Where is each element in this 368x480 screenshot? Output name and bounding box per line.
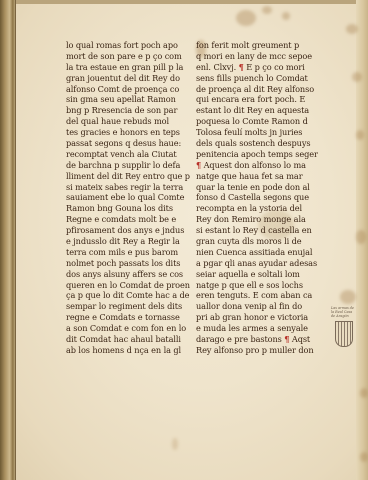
text-line: bng p Rresencia de son par [66, 105, 208, 116]
foxing-stain [282, 12, 290, 20]
text-line: q mori en lany de mcc sepoe [196, 51, 336, 62]
text-line: nolmet poch passats los dits [66, 258, 208, 269]
text-line: Rey alfonso pro p muller don [196, 345, 336, 356]
right-text-column: fon ferit molt greument p q mori en lany… [196, 40, 336, 356]
text-line: fon ferit molt greument p [196, 40, 336, 51]
text-line: passat segons q desus haue: [66, 138, 208, 149]
text-line: queren en lo Comdat de proen [66, 280, 208, 291]
text-line: dit Comdat hac ahaul batalli [66, 334, 208, 345]
text-line: sempar lo regiment dels dits [66, 301, 208, 312]
text-line: sin gma seu apellat Ramon [66, 94, 208, 105]
annotation-caption: Las armas de la Real Casa de Aragón [331, 306, 357, 318]
text-line: recomptat vench ala Ciutat [66, 149, 208, 160]
foxing-stain [360, 452, 368, 462]
text-line: Ramon bng Gouna los dits [66, 203, 208, 214]
text-line: a pgar qli anas ayudar adesas [196, 258, 336, 269]
text-line: de barchna p supplir lo defa [66, 160, 208, 171]
book-gutter [0, 0, 16, 480]
text-line: penitencia apoch temps seger [196, 149, 336, 160]
text-line: mort de son pare e p ço com [66, 51, 208, 62]
text-line: regne e Comdats e tornasse [66, 312, 208, 323]
text-line: si estant lo Rey d castella en [196, 225, 336, 236]
foxing-stain [340, 290, 356, 304]
rubric-pilcrow: ¶ [239, 62, 244, 72]
foxing-stain [262, 6, 272, 14]
text-line: Tolosa feulí molts jn juries [196, 127, 336, 138]
text-line: quar la tenie en pode don al [196, 182, 336, 193]
text-line: de proença al dit Rey alfonso [196, 84, 336, 95]
aragon-shield-icon [335, 321, 353, 347]
text-line: sens fills puench lo Comdat [196, 73, 336, 84]
text-line: poquesa lo Comte Ramon d [196, 116, 336, 127]
text-line: ça p que lo dit Comte hac a de [66, 290, 208, 301]
text-line: seiar aquella e soltali lom [196, 269, 336, 280]
text-line: ab los homens d nça en la gl [66, 345, 208, 356]
text-line: lliment del dit Rey entro que p [66, 171, 208, 182]
text-line: uallor dona venip al fin do [196, 301, 336, 312]
rubric-pilcrow: ¶ [196, 160, 201, 170]
foxing-stain [356, 230, 366, 244]
text-line-with-rubric: darago e pre bastons ¶ Aqst [196, 334, 336, 345]
text-line: lo qual romas fort poch apo [66, 40, 208, 51]
text-line-with-rubric: enl. Clxvj. ¶ E p ço co mori [196, 62, 336, 73]
text-line: nien Cuenca assitiada enujal [196, 247, 336, 258]
foxing-stain [360, 388, 368, 398]
text-line: gran jouentut del dit Rey do [66, 73, 208, 84]
foxing-stain [236, 10, 256, 26]
text-line: pri ab gran honor e victoria [196, 312, 336, 323]
text-line: fonso d Castella segons que [196, 192, 336, 203]
foxing-stain [356, 130, 364, 140]
text-line: e jndusslo dit Rey a Regir la [66, 236, 208, 247]
manuscript-page: lo qual romas fort poch apo mort de son … [0, 0, 368, 480]
gutter-fold-line [15, 0, 16, 480]
text-line: sauiament ebe lo qual Comte [66, 192, 208, 203]
text-line: terra com mils e pus barom [66, 247, 208, 258]
text-line: Regne e comdats molt be e [66, 214, 208, 225]
text-line: estant lo dit Rey en aquesta [196, 105, 336, 116]
text-line: a son Comdat e com fon en lo [66, 323, 208, 334]
text-line: si mateix sabes regir la terra [66, 182, 208, 193]
text-line: la tra estaue en gran pill p la [66, 62, 208, 73]
text-line: dels quals sostench despuys [196, 138, 336, 149]
foxing-stain [172, 438, 178, 450]
text-line: natge que haua fet sa mar [196, 171, 336, 182]
rubric-pilcrow: ¶ [284, 334, 289, 344]
text-line: natge p que ell e sos lochs [196, 280, 336, 291]
text-line: eren tenguts. E com aban ca [196, 290, 336, 301]
margin-annotation: Las armas de la Real Casa de Aragón [329, 306, 357, 364]
text-line: qui encara era fort poch. E [196, 94, 336, 105]
text-line: pfirosament dos anys e jndus [66, 225, 208, 236]
text-line: recompta en la ystoria del [196, 203, 336, 214]
text-line: tes gracies e honors en teps [66, 127, 208, 138]
text-line-with-rubric: ¶ Aquest don alfonso lo ma [196, 160, 336, 171]
text-line: e muda les armes a senyale [196, 323, 336, 334]
foxing-stain [352, 72, 362, 82]
text-line: gran cuyta dls moros li de [196, 236, 336, 247]
foxing-stain [346, 24, 358, 34]
page-top-edge [0, 0, 368, 4]
left-text-column: lo qual romas fort poch apo mort de son … [66, 40, 208, 356]
text-line: alfonso Comt de proença co [66, 84, 208, 95]
text-line: dos anys alsuny affers se cos [66, 269, 208, 280]
text-line: del qual haue rebuds mol [66, 116, 208, 127]
text-line: Rey don Remiro monge ala [196, 214, 336, 225]
